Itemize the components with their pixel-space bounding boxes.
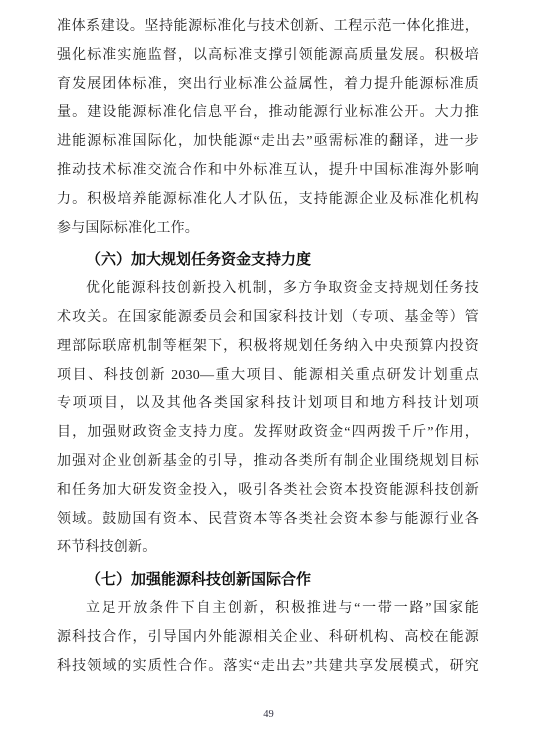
text-line: 源科技合作，引导国内外能源相关企业、科研机构、高校在能源 [57,624,479,653]
text-line: 进能源标准国际化，加快能源“走出去”亟需标准的翻译，进一步 [57,128,479,157]
text-line: 专项项目，以及其他各类国家科技计划项目和地方科技计划项 [57,390,479,419]
text-line: 目，加强财政资金支持力度。发挥财政资金“四两拨千斤”作用， [57,419,479,448]
text-line: 项目、科技创新 2030—重大项目、能源相关重点研发计划重点 [57,362,479,391]
text-line: 理部际联席机制等框架下，积极将规划任务纳入中央预算内投资 [57,333,479,362]
text-line: 术攻关。在国家能源委员会和国家科技计划（专项、基金等）管 [57,304,479,333]
section-heading: （六）加大规划任务资金支持力度 [57,246,479,275]
document-page: 准体系建设。坚持能源标准化与技术创新、工程示范一体化推进，强化标准实施监督，以高… [0,0,537,740]
text-line: 科技领域的实质性合作。落实“走出去”共建共享发展模式，研究 [57,653,479,682]
text-line: 量。建设能源标准化信息平台，推动能源行业标准公开。大力推 [57,99,479,128]
page-number: 49 [0,709,537,720]
text-line: 准体系建设。坚持能源标准化与技术创新、工程示范一体化推进， [57,13,479,42]
text-line: 力。积极培养能源标准化人才队伍，支持能源企业及标准化机构 [57,186,479,215]
text-line: 领域。鼓励国有资本、民营资本等各类社会资本参与能源行业各 [57,506,479,535]
text-line: 和任务加大研发资金投入，吸引各类社会资本投资能源科技创新 [57,477,479,506]
text-line: 加强对企业创新基金的引导，推动各类所有制企业围绕规划目标 [57,448,479,477]
text-line: 推动技术标准交流合作和中外标准互认，提升中国标准海外影响 [57,157,479,186]
text-line: 立足开放条件下自主创新，积极推进与“一带一路”国家能 [57,595,479,624]
text-line: 强化标准实施监督，以高标准支撑引领能源高质量发展。积极培 [57,42,479,71]
text-line: 优化能源科技创新投入机制，多方争取资金支持规划任务技 [57,275,479,304]
text-line: 环节科技创新。 [57,534,479,563]
document-body: 准体系建设。坚持能源标准化与技术创新、工程示范一体化推进，强化标准实施监督，以高… [57,13,479,681]
text-line: 育发展团体标准，突出行业标准公益属性，着力提升能源标准质 [57,71,479,100]
section-heading: （七）加强能源科技创新国际合作 [57,566,479,595]
text-line: 参与国际标准化工作。 [57,215,479,244]
